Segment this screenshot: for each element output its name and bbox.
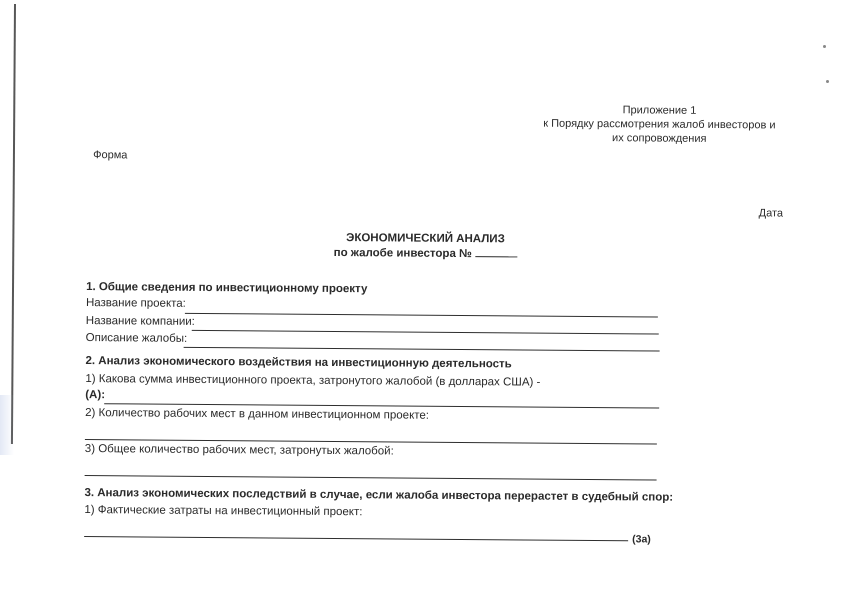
complaint-description-label: Описание жалобы: bbox=[86, 331, 188, 346]
section-1-heading: 1. Общие сведения по инвестиционному про… bbox=[86, 280, 367, 296]
company-name-field[interactable] bbox=[192, 330, 659, 335]
investment-amount-sublabel: (A): bbox=[85, 388, 105, 402]
appendix-line-3: их сопровождения bbox=[531, 131, 787, 147]
affected-jobs-label: 3) Общее количество рабочих мест, затрон… bbox=[85, 442, 394, 458]
document-content: Приложение 1 к Порядку рассмотрения жало… bbox=[0, 0, 856, 600]
project-name-field[interactable] bbox=[185, 313, 658, 318]
actual-costs-field[interactable] bbox=[84, 536, 628, 541]
appendix-header: Приложение 1 к Порядку рассмотрения жало… bbox=[531, 103, 787, 147]
complaint-description-field[interactable] bbox=[184, 347, 660, 352]
actual-costs-suffix: (3a) bbox=[632, 532, 651, 546]
title-sub-label: по жалобе инвестора № bbox=[334, 247, 472, 260]
investment-amount-label: 1) Какова сумма инвестиционного проекта,… bbox=[85, 372, 540, 390]
date-label: Дата bbox=[759, 206, 783, 220]
project-name-label: Название проекта: bbox=[86, 296, 186, 311]
complaint-number-field[interactable] bbox=[475, 256, 517, 257]
section-2-heading: 2. Анализ экономического воздействия на … bbox=[85, 354, 511, 371]
appendix-line-2: к Порядку рассмотрения жалоб инвесторов … bbox=[531, 117, 787, 133]
jobs-count-label: 2) Количество рабочих мест в данном инве… bbox=[85, 406, 429, 423]
affected-jobs-field[interactable] bbox=[85, 475, 657, 480]
scanned-page: Приложение 1 к Порядку рассмотрения жало… bbox=[0, 0, 856, 600]
document-title: ЭКОНОМИЧЕСКИЙ АНАЛИЗ по жалобе инвестора… bbox=[300, 231, 550, 263]
title-sub: по жалобе инвестора № bbox=[300, 246, 550, 263]
form-label: Форма bbox=[93, 148, 127, 162]
actual-costs-label: 1) Фактические затраты на инвестиционный… bbox=[84, 503, 362, 519]
section-3-heading: 3. Анализ экономических последствий в сл… bbox=[84, 486, 673, 505]
company-name-label: Название компании: bbox=[86, 314, 195, 329]
